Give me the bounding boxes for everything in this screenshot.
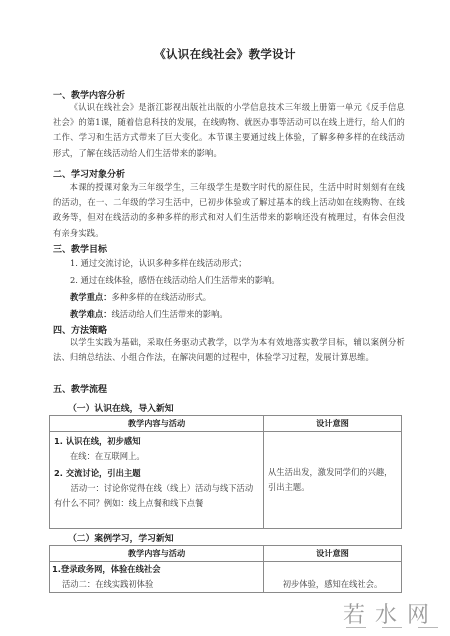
table-row: 1.登录政务网，体验在线社会 活动二：在线实践初体验 初步体验，感知在线社会。 (50, 562, 402, 593)
flow-table-1: 教学内容与活动 设计意图 1. 认识在线，初步感知 在线：在互联网上。 2. 交… (49, 415, 402, 529)
section-paragraph-learner-analysis: 本课的授课对象为三年级学生，三年级学生是数字时代的原住民，生活中时时刻刻有在线的… (53, 180, 405, 241)
step-text-1: 活动二：在线实践初体验 (52, 577, 259, 592)
objective-item-1: 1. 通过交流讨论，认识多种多样在线活动形式； (70, 257, 247, 269)
intent-cell: 初步体验，感知在线社会。 (264, 562, 402, 593)
document-page: 《认识在线社会》教学设计 一、教学内容分析 《认识在线社会》是浙江影视出版社出版… (0, 0, 450, 636)
objective-item-2: 2. 通过在线体验，感悟在线活动给人们生活带来的影响。 (70, 274, 280, 286)
section-heading-learner-analysis: 二、学习对象分析 (53, 167, 125, 180)
section-heading-process: 五、教学流程 (53, 382, 107, 395)
section-paragraph-content-analysis: 《认识在线社会》是浙江影视出版社出版的小学信息技术三年级上册第一单元《反手信息社… (53, 100, 405, 161)
table-header-row: 教学内容与活动 设计意图 (50, 416, 402, 432)
step-text-1: 在线：在互联网上。 (54, 449, 259, 464)
difficulty-label: 教学难点： (70, 309, 112, 319)
column-header-intent: 设计意图 (264, 416, 402, 432)
flow-subheading-2: （二）案例学习，学习新知 (68, 531, 174, 544)
flow-subheading-1: （一）认识在线，导入新知 (68, 401, 174, 414)
section-heading-objectives: 三、教学目标 (53, 242, 107, 255)
document-title: 《认识在线社会》教学设计 (0, 46, 450, 62)
intent-cell: 从生活出发，激发同学们的兴趣，引出主题。 (264, 432, 402, 529)
flow-table-2: 教学内容与活动 设计意图 1.登录政务网，体验在线社会 活动二：在线实践初体验 … (49, 545, 402, 593)
column-header-intent: 设计意图 (264, 546, 402, 562)
step-text-2: 活动一：讨论你觉得在线（线上）活动与线下活动有什么不同？例如：线上点餐和线下点餐 (54, 481, 259, 511)
content-cell: 1. 认识在线，初步感知 在线：在互联网上。 2. 交流讨论，引出主题 活动一：… (50, 432, 264, 529)
watermark-logo: 若水网 (336, 598, 446, 629)
table-header-row: 教学内容与活动 设计意图 (50, 546, 402, 562)
content-cell: 1.登录政务网，体验在线社会 活动二：在线实践初体验 (50, 562, 264, 593)
step-heading-1: 1. 认识在线，初步感知 (54, 434, 259, 449)
watermark-underline (346, 627, 438, 629)
difficulty-text: 线活动给人们生活带来的影响。 (112, 309, 228, 319)
step-heading-2: 2. 交流讨论，引出主题 (54, 466, 259, 481)
key-point-label: 教学重点： (70, 292, 112, 302)
column-header-content: 教学内容与活动 (50, 546, 264, 562)
difficulty-point: 教学难点：线活动给人们生活带来的影响。 (70, 308, 228, 320)
section-paragraph-methods: 以学生实践为基础，采取任务驱动式教学，以学为本有效地落实教学目标，辅以案例分析法… (53, 335, 405, 365)
key-point-text: 多种多样的在线活动形式。 (112, 292, 212, 302)
step-heading-1: 1.登录政务网，体验在线社会 (52, 562, 259, 577)
key-point: 教学重点：多种多样的在线活动形式。 (70, 291, 211, 303)
column-header-content: 教学内容与活动 (50, 416, 264, 432)
table-row: 1. 认识在线，初步感知 在线：在互联网上。 2. 交流讨论，引出主题 活动一：… (50, 432, 402, 529)
